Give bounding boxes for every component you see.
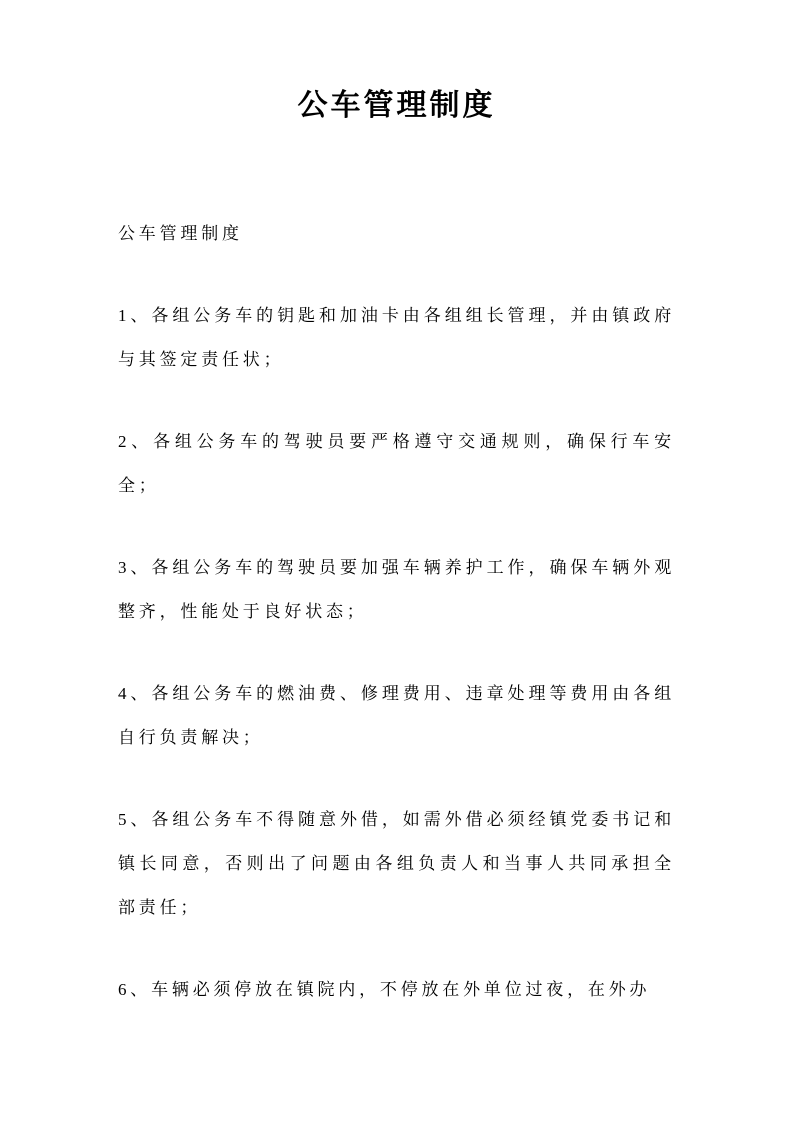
body-paragraph-5: 5、各组公务车不得随意外借，如需外借必须经镇党委书记和镇长同意，否则出了问题由各… [118,798,675,930]
document-title: 公车管理制度 [118,84,675,128]
body-paragraph-1: 1、各组公务车的钥匙和加油卡由各组组长管理，并由镇政府与其签定责任状； [118,294,675,382]
body-paragraph-2: 2、各组公务车的驾驶员要严格遵守交通规则，确保行车安全； [118,420,675,508]
body-paragraph-6: 6、车辆必须停放在镇院内，不停放在外单位过夜，在外办 [118,968,675,1012]
document-page: 公车管理制度 公车管理制度 1、各组公务车的钥匙和加油卡由各组组长管理，并由镇政… [0,0,793,1122]
body-paragraph-4: 4、各组公务车的燃油费、修理费用、违章处理等费用由各组自行负责解决； [118,672,675,760]
body-paragraph-3: 3、各组公务车的驾驶员要加强车辆养护工作，确保车辆外观整齐，性能处于良好状态； [118,546,675,634]
body-heading: 公车管理制度 [118,212,675,256]
